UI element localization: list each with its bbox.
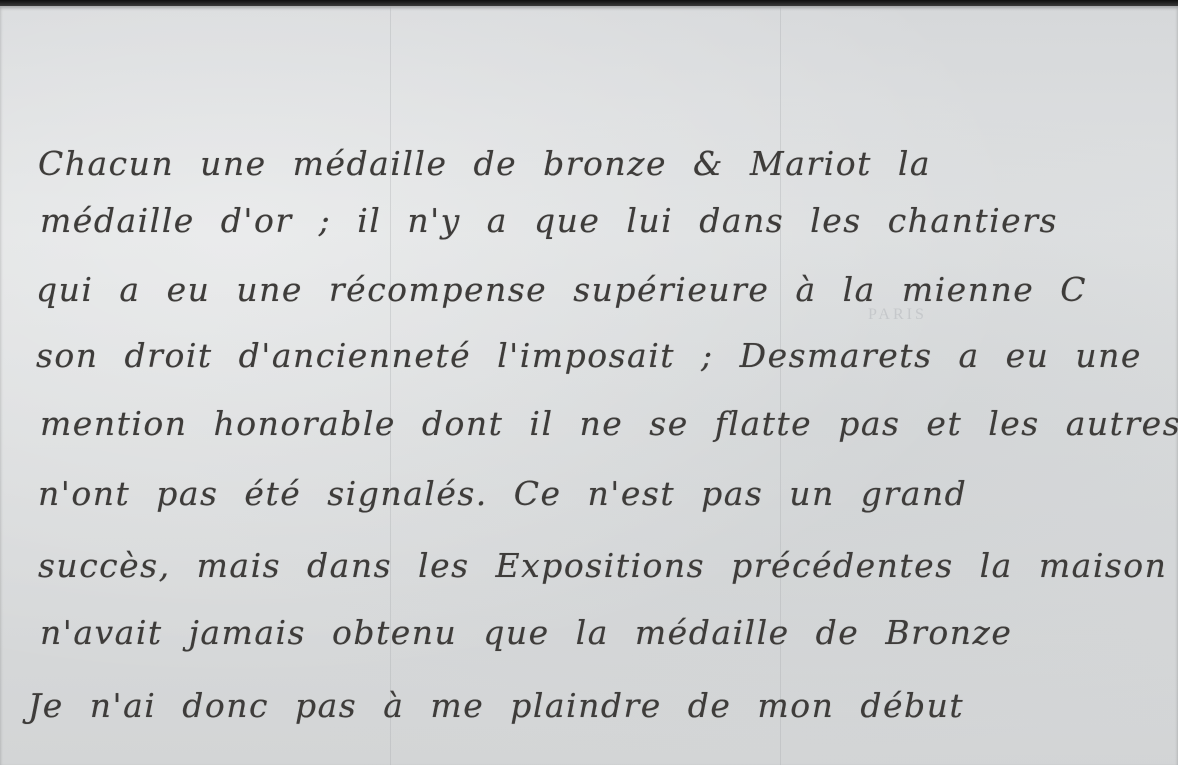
handwritten-line: Chacun une médaille de bronze & Mariot l… bbox=[38, 144, 931, 183]
handwritten-line: succès, mais dans les Expositions précéd… bbox=[38, 546, 1167, 585]
handwritten-line: son droit d'ancienneté l'imposait ; Desm… bbox=[36, 336, 1142, 375]
handwritten-line: n'avait jamais obtenu que la médaille de… bbox=[40, 613, 1012, 652]
handwritten-line: Je n'ai donc pas à me plaindre de mon dé… bbox=[28, 686, 964, 725]
handwritten-line: médaille d'or ; il n'y a que lui dans le… bbox=[40, 201, 1058, 240]
letter-page: PARIS Chacun une médaille de bronze & Ma… bbox=[0, 6, 1178, 765]
handwritten-line: mention honorable dont il ne se flatte p… bbox=[40, 404, 1178, 443]
handwritten-line: qui a eu une récompense supérieure à la … bbox=[36, 270, 1087, 309]
handwritten-line: n'ont pas été signalés. Ce n'est pas un … bbox=[38, 474, 967, 513]
